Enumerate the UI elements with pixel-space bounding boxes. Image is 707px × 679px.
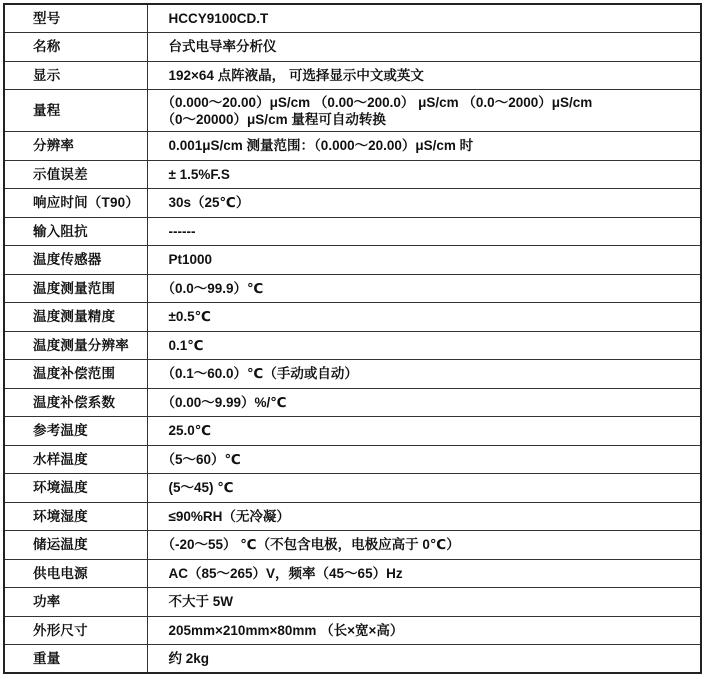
spec-value: （5～60）℃	[147, 445, 701, 474]
table-row: 环境温度 (5～45) ℃	[4, 474, 701, 503]
spec-value: 0.001μS/cm 测量范围：（0.000～20.00）μS/cm 时	[147, 132, 701, 161]
spec-value: （-20～55） ℃（不包含电极，电极应高于 0℃）	[147, 531, 701, 560]
spec-label: 温度补偿系数	[4, 388, 147, 417]
table-row: 供电电源 AC（85～265）V，频率（45～65）Hz	[4, 559, 701, 588]
spec-value: 约 2kg	[147, 645, 701, 674]
specification-table: 型号 HCCY9100CD.T 名称 台式电导率分析仪 显示 192×64 点阵…	[3, 3, 702, 674]
spec-label: 型号	[4, 4, 147, 33]
spec-value: 不大于 5W	[147, 588, 701, 617]
spec-value-line: （0.000～20.00）μS/cm （0.00～200.0） μS/cm （0…	[162, 94, 701, 111]
spec-value: (5～45) ℃	[147, 474, 701, 503]
spec-label: 名称	[4, 33, 147, 62]
table-row: 环境湿度 ≤90%RH（无冷凝）	[4, 502, 701, 531]
table-row: 温度补偿范围 （0.1～60.0）℃（手动或自动）	[4, 360, 701, 389]
spec-value: 192×64 点阵液晶， 可选择显示中文或英文	[147, 61, 701, 90]
table-row: 功率 不大于 5W	[4, 588, 701, 617]
table-row: 型号 HCCY9100CD.T	[4, 4, 701, 33]
spec-label: 分辨率	[4, 132, 147, 161]
table-row: 温度测量分辨率 0.1℃	[4, 331, 701, 360]
table-row: 温度测量精度 ±0.5℃	[4, 303, 701, 332]
spec-label: 温度补偿范围	[4, 360, 147, 389]
spec-value: 30s（25℃）	[147, 189, 701, 218]
spec-label: 示值误差	[4, 160, 147, 189]
spec-label: 重量	[4, 645, 147, 674]
spec-label: 环境湿度	[4, 502, 147, 531]
table-row: 外形尺寸 205mm×210mm×80mm （长×宽×高）	[4, 616, 701, 645]
spec-label: 输入阻抗	[4, 217, 147, 246]
table-row: 响应时间（T90） 30s（25℃）	[4, 189, 701, 218]
spec-label: 量程	[4, 90, 147, 132]
spec-label: 外形尺寸	[4, 616, 147, 645]
spec-label: 水样温度	[4, 445, 147, 474]
spec-label: 温度测量精度	[4, 303, 147, 332]
spec-label: 储运温度	[4, 531, 147, 560]
spec-value: 205mm×210mm×80mm （长×宽×高）	[147, 616, 701, 645]
table-row: 名称 台式电导率分析仪	[4, 33, 701, 62]
spec-value: 25.0℃	[147, 417, 701, 446]
spec-value-line: （0～20000）μS/cm 量程可自动转换	[162, 111, 701, 128]
table-row: 示值误差 ± 1.5%F.S	[4, 160, 701, 189]
table-row: 重量 约 2kg	[4, 645, 701, 674]
spec-value: AC（85～265）V，频率（45～65）Hz	[147, 559, 701, 588]
spec-value: （0.000～20.00）μS/cm （0.00～200.0） μS/cm （0…	[147, 90, 701, 132]
spec-value: ±0.5℃	[147, 303, 701, 332]
table-row: 分辨率 0.001μS/cm 测量范围：（0.000～20.00）μS/cm 时	[4, 132, 701, 161]
spec-value: 台式电导率分析仪	[147, 33, 701, 62]
table-row: 温度测量范围 （0.0～99.9）℃	[4, 274, 701, 303]
spec-value: （0.00～9.99）%/℃	[147, 388, 701, 417]
spec-label: 参考温度	[4, 417, 147, 446]
spec-value: ± 1.5%F.S	[147, 160, 701, 189]
spec-value: ≤90%RH（无冷凝）	[147, 502, 701, 531]
table-row: 显示 192×64 点阵液晶， 可选择显示中文或英文	[4, 61, 701, 90]
table-row: 储运温度 （-20～55） ℃（不包含电极，电极应高于 0℃）	[4, 531, 701, 560]
spec-value: 0.1℃	[147, 331, 701, 360]
spec-value: （0.1～60.0）℃（手动或自动）	[147, 360, 701, 389]
table-row: 水样温度 （5～60）℃	[4, 445, 701, 474]
spec-label: 温度测量分辨率	[4, 331, 147, 360]
spec-label: 温度测量范围	[4, 274, 147, 303]
spec-label: 温度传感器	[4, 246, 147, 275]
spec-label: 功率	[4, 588, 147, 617]
spec-value: Pt1000	[147, 246, 701, 275]
table-row: 温度传感器 Pt1000	[4, 246, 701, 275]
spec-value: （0.0～99.9）℃	[147, 274, 701, 303]
spec-value: ------	[147, 217, 701, 246]
table-row: 输入阻抗 ------	[4, 217, 701, 246]
table-row: 量程 （0.000～20.00）μS/cm （0.00～200.0） μS/cm…	[4, 90, 701, 132]
spec-value: HCCY9100CD.T	[147, 4, 701, 33]
table-row: 参考温度 25.0℃	[4, 417, 701, 446]
spec-label: 环境温度	[4, 474, 147, 503]
spec-label: 显示	[4, 61, 147, 90]
spec-label: 响应时间（T90）	[4, 189, 147, 218]
table-row: 温度补偿系数 （0.00～9.99）%/℃	[4, 388, 701, 417]
spec-label: 供电电源	[4, 559, 147, 588]
